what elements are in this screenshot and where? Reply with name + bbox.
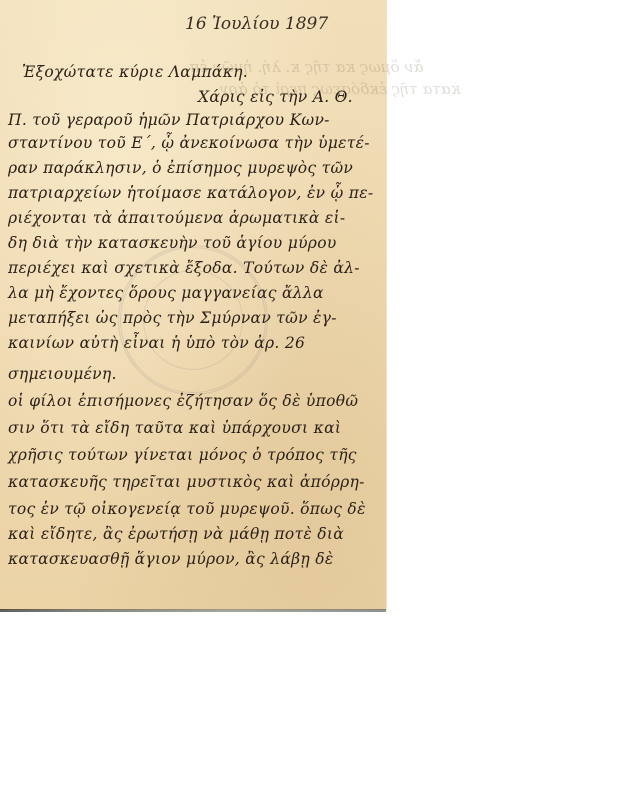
body-line: ραν παράκλησιν, ὁ ἐπίσημος μυρεψὸς τῶν	[8, 158, 353, 178]
body-line: δη διὰ τὴν κατασκευὴν τοῦ ἁγίου μύρου	[8, 233, 337, 253]
body-line: σταντίνου τοῦ Ε΄, ᾧ ἀνεκοίνωσα τὴν ὑμετέ…	[8, 133, 370, 153]
body-line: ριέχονται τὰ ἀπαιτούμενα ἀρωματικὰ εἰ-	[8, 208, 345, 228]
body-line: χρῆσις τούτων γίνεται μόνος ὁ τρόπος τῆς	[8, 445, 357, 465]
letter-page: ἄν ὅμως κα τῆς κ. λή. ἡμῶν ἐπ κατα τῆς ἐ…	[0, 0, 386, 610]
body-line: Π. τοῦ γεραροῦ ἡμῶν Πατριάρχου Κων-	[8, 110, 330, 130]
body-line: οἱ φίλοι ἐπισήμονες ἐζήτησαν ὅς δὲ ὑποθῶ	[8, 391, 358, 411]
body-line: τος ἐν τῷ οἰκογενείᾳ τοῦ μυρεψοῦ. ὅπως δ…	[8, 499, 366, 519]
body-line: κατασκευῆς τηρεῖται μυστικὸς καὶ ἀπόρρη-	[8, 472, 365, 492]
body-line: κατασκευασθῇ ἅγιον μύρον, ἂς λάβῃ δὲ	[8, 549, 333, 569]
paper-bottom-edge-shadow	[0, 609, 386, 612]
body-line: καινίων αὐτὴ εἶναι ἡ ὑπὸ τὸν ἀρ. 26	[8, 333, 305, 353]
body-line: μεταπήξει ὡς πρὸς τὴν Σμύρναν τῶν ἐγ-	[8, 308, 337, 328]
body-line: λα μὴ ἔχοντες ὅρους μαγγανείας ἄλλα	[8, 283, 324, 303]
body-line: πατριαρχείων ἡτοίμασε κατάλογον, ἐν ᾧ πε…	[8, 183, 373, 203]
body-line: σιν ὅτι τὰ εἴδη ταῦτα καὶ ὑπάρχουσι καὶ	[8, 418, 341, 438]
letter-salutation: Ἐξοχώτατε κύριε Λαμπάκη.	[22, 62, 248, 82]
letter-date: 16 Ἰουλίου 1897	[185, 14, 328, 34]
letter-greeting: Χάρις εἰς τὴν Α. Θ.	[198, 87, 353, 107]
body-line: καὶ εἴδητε, ἂς ἐρωτήσῃ νὰ μάθῃ ποτὲ διὰ	[8, 524, 344, 544]
body-line: σημειουμένη.	[8, 364, 117, 384]
body-line: περιέχει καὶ σχετικὰ ἔξοδα. Τούτων δὲ ἀλ…	[8, 258, 360, 278]
